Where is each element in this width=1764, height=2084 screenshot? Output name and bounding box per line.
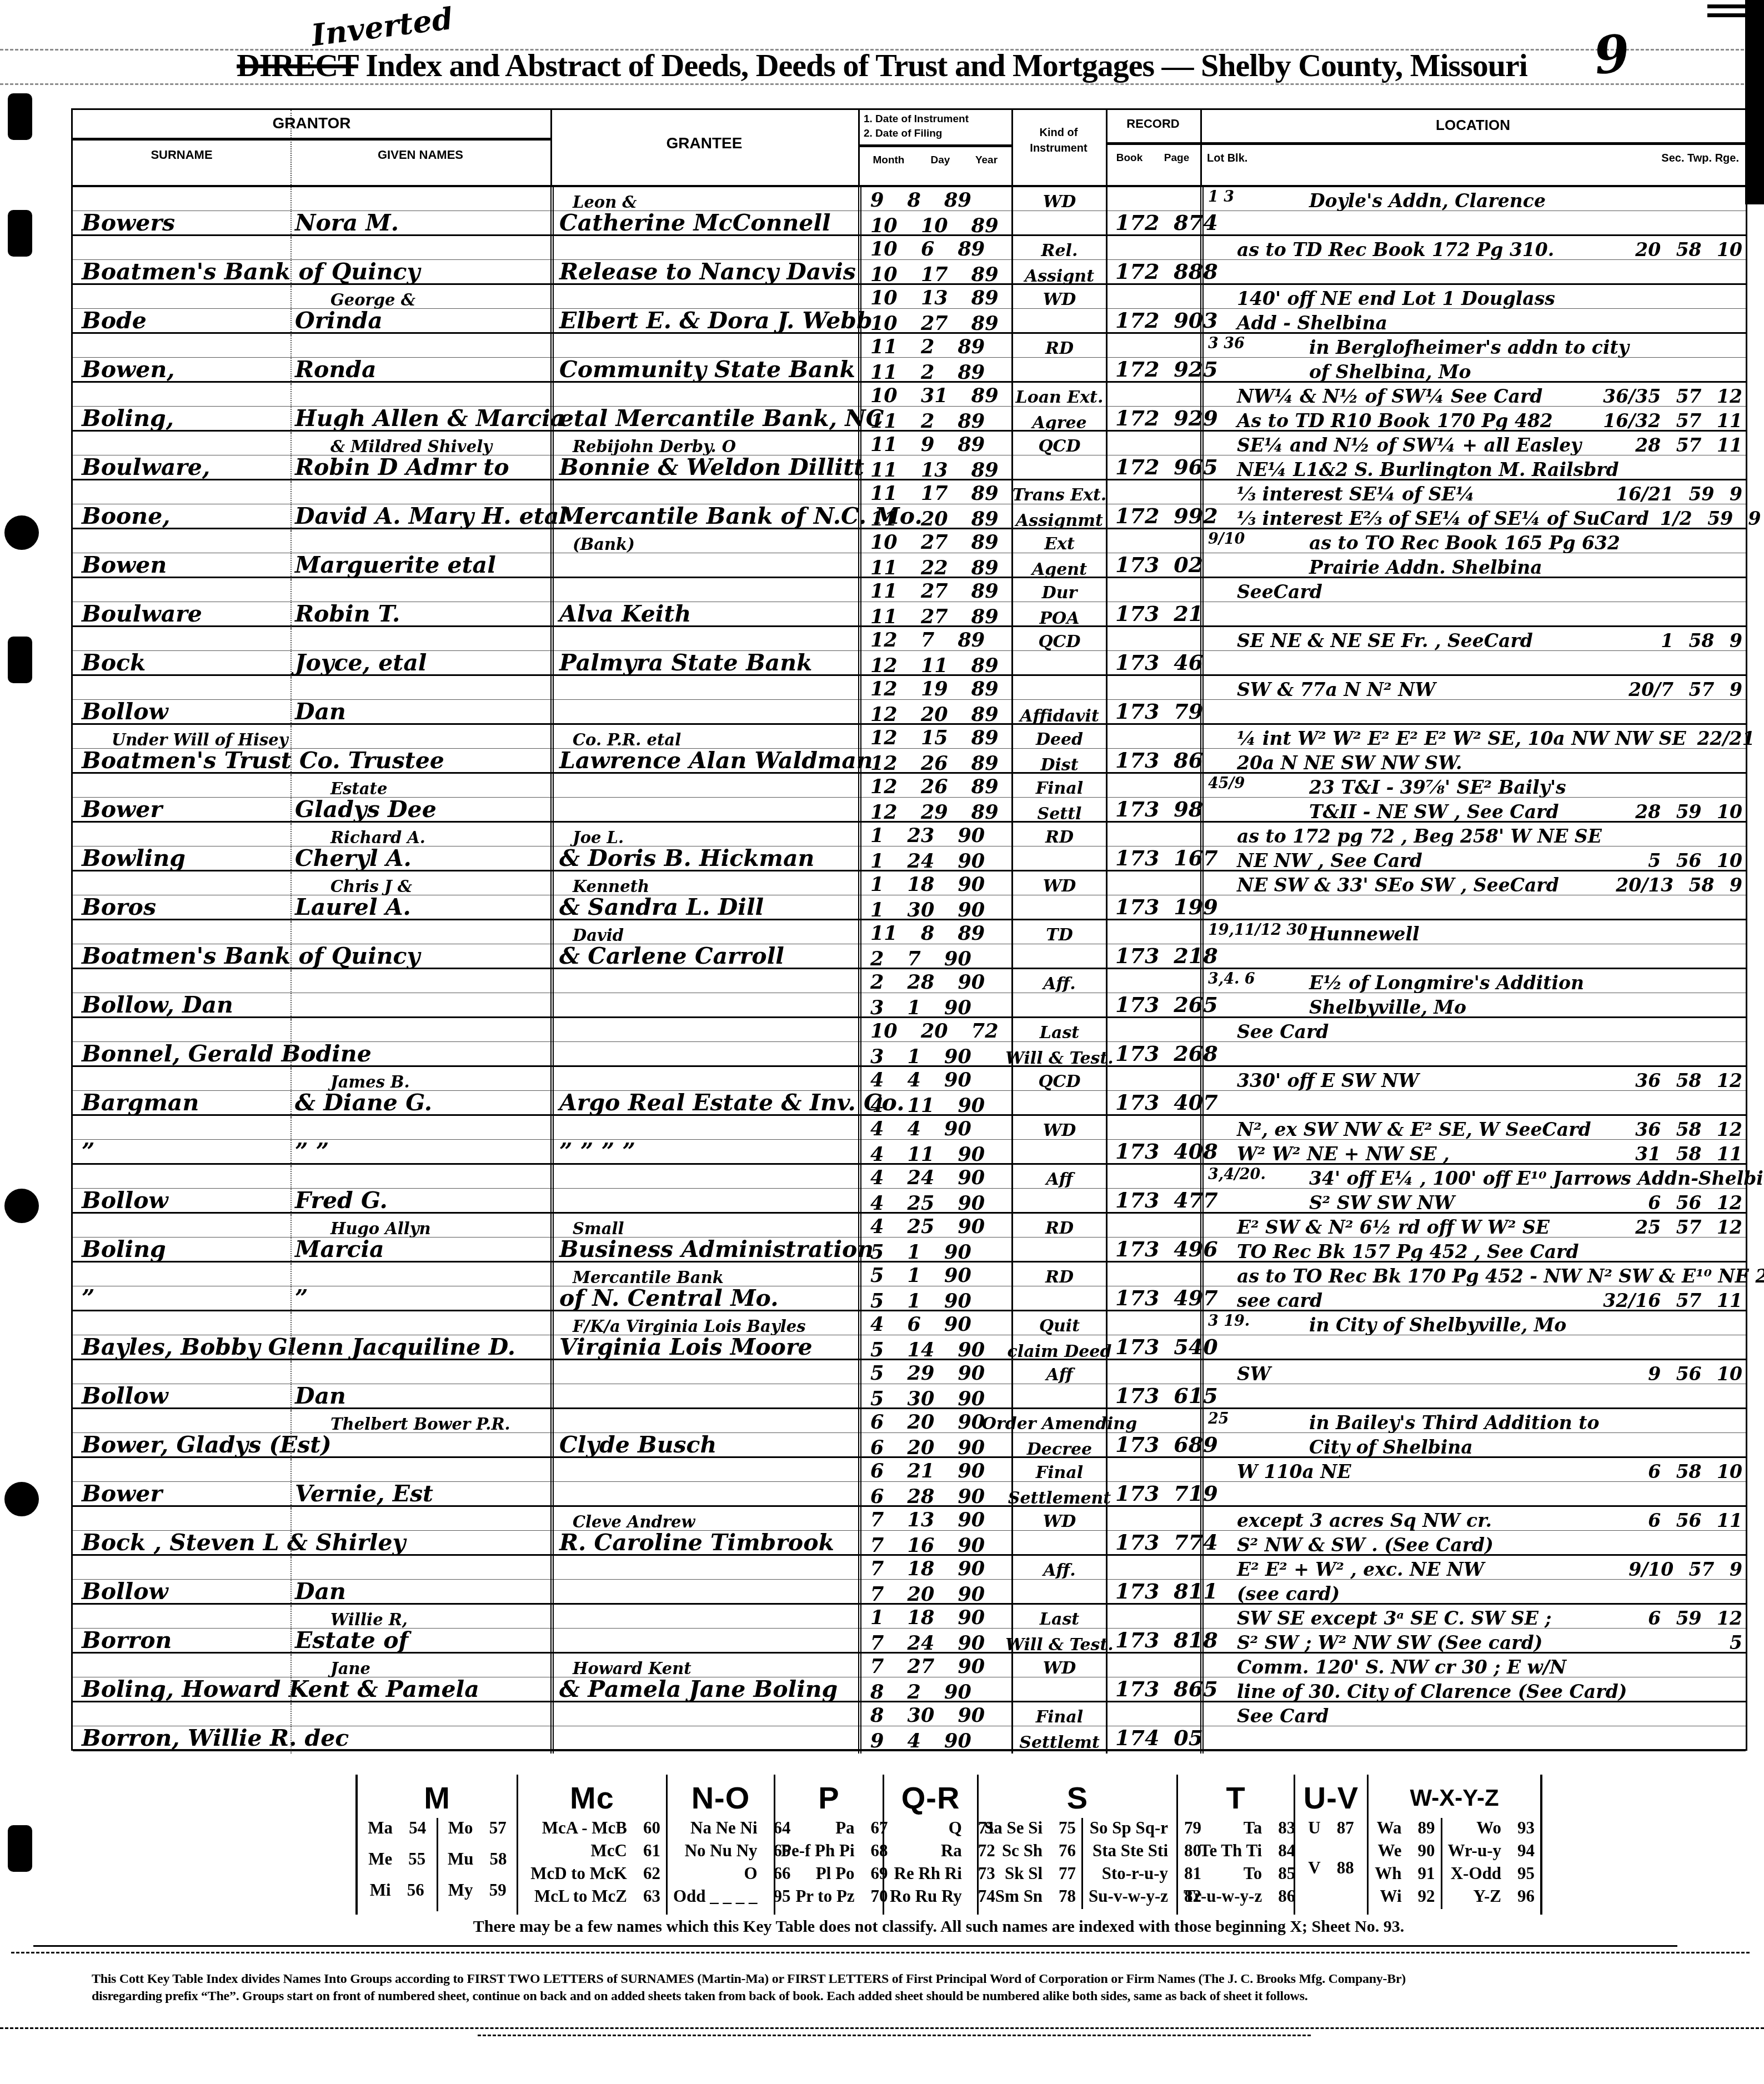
key-entry-sheet-number: 57 <box>482 1818 507 1838</box>
kind-of-instrument-cell: WD <box>1011 1507 1106 1558</box>
table-row: Bollow, Dan 2 28 90 3 1 90 Aff. 173 265 … <box>73 969 1746 1018</box>
kind-line-1: Rel. <box>1013 236 1106 262</box>
grantor-given-names: Dan <box>292 1385 550 1411</box>
date-of-instrument: 4 6 90 <box>861 1311 1011 1337</box>
grantee-cell: Kenneth & Sandra L. Dill <box>550 871 858 923</box>
key-entry-sheet-number: 95 <box>1510 1863 1535 1883</box>
record-book: 173 <box>1115 796 1159 821</box>
grantor-surname-cell: Borron <box>73 1605 290 1656</box>
grantor-given-names: Robin D Admr to <box>292 456 550 482</box>
kind-line-1: Aff <box>1013 1360 1106 1386</box>
table-row: Bonnel, Gerald Bodine 10 20 72 3 1 90 La… <box>73 1018 1746 1067</box>
key-entry-range: Ma <box>368 1818 393 1838</box>
location-cell: 3,4/20. 34' off E¼ , 100' off E¹⁰ Jarrow… <box>1200 1165 1746 1216</box>
grantee-name: Mercantile Bank of N.C. Mo. <box>554 505 858 531</box>
grantee-name <box>554 1189 858 1215</box>
grantee-name: & Doris B. Hickman <box>554 847 858 873</box>
location-line-2: As to TD R10 Book 170 Pg 482 <box>1237 410 1553 432</box>
date-of-filing: 4 11 90 <box>861 1141 1011 1167</box>
date-of-filing: 11 2 89 <box>861 359 1011 385</box>
grantor-extra-text <box>73 1018 290 1043</box>
kind-of-instrument-cell: RD <box>1011 1214 1106 1265</box>
kind-line-2 <box>1013 1093 1106 1118</box>
given-names-header: GIVEN NAMES <box>290 148 550 162</box>
location-line-1: W 110a NE <box>1237 1461 1351 1482</box>
grantor-surname-cell: Boling, <box>73 383 290 434</box>
dates-cell: 1 18 90 1 30 90 <box>858 871 1011 923</box>
date-of-filing: 11 27 89 <box>861 604 1011 629</box>
grantor-surname: Bayles, Bobby Glenn Jacquiline D. <box>73 1336 290 1362</box>
sec-twp-rge-1: 9 56 10 <box>1637 1363 1742 1385</box>
date-of-instrument: 4 4 90 <box>861 1116 1011 1141</box>
record-book: 173 <box>1115 1676 1159 1701</box>
location-cell: 45/9 23 T&I - 39⅞' SE² Baily's T&II - NE… <box>1200 774 1746 825</box>
record-book: 173 <box>1115 1334 1159 1359</box>
punch-hole-mark <box>4 1482 39 1516</box>
grantor-extra-text <box>73 285 290 309</box>
date-of-filing: 10 27 89 <box>861 310 1011 336</box>
grantor-given-names-cell: ” ” <box>290 1116 550 1167</box>
grantor-surname: Boling <box>73 1238 290 1264</box>
grantee-cell: Release to Nancy Davis <box>550 236 858 287</box>
kind-of-instrument-cell: Trans Ext. Assignmt <box>1011 480 1106 532</box>
key-entry-range: Tr-u-w-y-z <box>1184 1886 1262 1906</box>
grantor-given-names-cell <box>290 1507 550 1558</box>
dates-cell: 10 13 89 10 27 89 <box>858 285 1011 336</box>
grantor-given-extra <box>292 1458 550 1482</box>
kind-of-instrument-cell: WD <box>1011 871 1106 923</box>
grantor-given-names: Fred G. <box>292 1189 550 1215</box>
grantee-name <box>554 554 858 580</box>
grantee-cell <box>550 1165 858 1216</box>
grantor-surname-cell: Bollow <box>73 1165 290 1216</box>
date-of-instrument: 12 15 89 <box>861 725 1011 750</box>
dates-cell: 4 4 90 4 11 90 <box>858 1116 1011 1167</box>
grantor-surname: Bollow <box>73 1580 290 1606</box>
dates-cell: 7 13 90 7 16 90 <box>858 1507 1011 1558</box>
record-book: 173 <box>1115 1383 1159 1408</box>
location-cell: SE NE & NE SE Fr. , SeeCard 1 58 9 <box>1200 627 1746 678</box>
surname-header: SURNAME <box>73 148 290 162</box>
location-cell: 3 19. in City of Shelbyville, Mo <box>1200 1311 1746 1362</box>
location-cell: 25 in Bailey's Third Addition to City of… <box>1200 1409 1746 1460</box>
kind-of-instrument-cell: Final Settlement <box>1011 1458 1106 1509</box>
dates-cell: 5 1 90 5 1 90 <box>858 1263 1011 1314</box>
key-entry-range: McA - McB <box>542 1818 627 1838</box>
grantor-given-names-cell: Dan <box>290 676 550 727</box>
kind-line-2: Settl <box>1013 799 1106 825</box>
kind-of-instrument-cell: WD <box>1011 187 1106 238</box>
grantee-extra-text: Small <box>554 1214 858 1238</box>
location-cell: N², ex SW NW & E² SE, W SeeCard 36 58 12… <box>1200 1116 1746 1167</box>
grantee-name <box>554 1629 858 1655</box>
grantor-given-names: Robin T. <box>292 603 550 629</box>
grantor-surname: Bargman <box>73 1091 290 1118</box>
grantor-surname: Bock , Steven L & Shirley <box>73 1531 290 1557</box>
date-of-instrument: 10 13 89 <box>861 285 1011 310</box>
date-of-instrument: 1 18 90 <box>861 1605 1011 1630</box>
grantee-cell: David & Carlene Carroll <box>550 920 858 971</box>
key-entry-range: Me <box>368 1849 392 1869</box>
grantor-extra-text <box>73 627 290 652</box>
sec-twp-rge-2: 5 56 10 <box>1637 850 1742 871</box>
kind-line-2 <box>1013 310 1106 336</box>
record-cell: 173 218 <box>1106 920 1200 971</box>
grantor-extra-text <box>73 1263 290 1287</box>
grantee-extra-text: Kenneth <box>554 871 858 896</box>
record-cell: 173 540 <box>1106 1311 1200 1362</box>
kind-of-instrument-cell: WD <box>1011 285 1106 336</box>
grantor-given-names-cell: Dan <box>290 1556 550 1607</box>
grantee-extra-text <box>554 383 858 407</box>
grantor-given-names-cell: Fred G. <box>290 1165 550 1216</box>
key-entry-range: Wo <box>1476 1818 1501 1838</box>
grantor-given-names-cell <box>290 1702 550 1754</box>
location-cell: See Card <box>1200 1018 1746 1069</box>
grantor-surname-cell: Boone, <box>73 480 290 532</box>
grantor-surname: Bowers <box>73 212 290 238</box>
grantor-given-extra <box>292 969 550 994</box>
kind-line-1: Deed <box>1013 725 1106 750</box>
grantor-given-names: Cheryl A. <box>292 847 550 873</box>
date-of-instrument: 2 28 90 <box>861 969 1011 995</box>
punch-hole-mark <box>8 93 32 140</box>
key-entry: Mu58 <box>438 1849 517 1880</box>
kind-line-2: claim Deed <box>1013 1337 1106 1362</box>
table-row: Boros Chris J & Laurel A. Kenneth & Sand… <box>73 871 1746 920</box>
record-page: 98 <box>1174 796 1203 821</box>
grantor-surname: Bollow <box>73 700 290 727</box>
record-cell: 172 925 <box>1106 334 1200 385</box>
grantee-extra-text: Joe L. <box>554 823 858 847</box>
key-entry-range: Wi <box>1380 1886 1402 1906</box>
date-of-filing: 3 1 90 <box>861 995 1011 1020</box>
location-line-1: 140' off NE end Lot 1 Douglass <box>1237 288 1555 309</box>
kind-line-2: Will & Test. <box>1013 1630 1106 1656</box>
record-book: 172 <box>1115 503 1159 528</box>
location-line-2: NE NW , See Card <box>1237 850 1422 871</box>
record-book: 172 <box>1115 357 1159 382</box>
key-entry-sheet-number: 78 <box>1051 1886 1076 1906</box>
lot-blk-value: 25 <box>1208 1410 1229 1427</box>
record-book: 174 <box>1115 1725 1159 1750</box>
key-entry: McA - McB60 <box>518 1818 666 1841</box>
location-line-1: as to TO Rec Book 165 Pg 632 <box>1309 532 1620 554</box>
table-row: Boulware, & Mildred Shively Robin D Admr… <box>73 432 1746 480</box>
location-line-1: in Berglofheimer's addn to city <box>1309 337 1629 358</box>
key-entry: V88 <box>1295 1858 1367 1898</box>
date-of-filing: 8 2 90 <box>861 1679 1011 1705</box>
grantor-surname-cell: Under Will of Hisey Boatmen's Trust Co. … <box>73 725 290 776</box>
grantee-extra-text <box>554 1165 858 1189</box>
key-entry: Ma54 <box>358 1818 437 1849</box>
record-page: 86 <box>1174 748 1203 773</box>
location-cell: SW 9 56 10 <box>1200 1360 1746 1411</box>
key-table-column: W-X-Y-ZWa89We90Wh91Wi92Wo93Wr-u-y94X-Odd… <box>1367 1775 1540 1915</box>
key-entry-range: Pa <box>835 1818 854 1838</box>
grantor-surname-cell: Boatmen's Bank of Quincy <box>73 920 290 971</box>
grantee-name <box>554 1482 858 1509</box>
grantor-surname-cell: Bowen, <box>73 334 290 385</box>
grantee-extra-text <box>554 1116 858 1140</box>
key-table-column: N-ONa Ne Ni64No Nu Ny65O66Odd _ _ _ _95 <box>666 1775 774 1915</box>
grantee-cell <box>550 1458 858 1509</box>
location-line-1: in Bailey's Third Addition to <box>1309 1412 1600 1434</box>
grantor-given-names-cell: Robin T. <box>290 578 550 629</box>
sec-twp-rge-1: 6 59 12 <box>1637 1607 1742 1629</box>
record-book: 173 <box>1115 1530 1159 1555</box>
location-cell: 3 36 in Berglofheimer's addn to city of … <box>1200 334 1746 385</box>
key-entry: U87 <box>1295 1818 1367 1858</box>
scan-edge-artifact <box>1707 13 1748 17</box>
record-cell: 173 615 <box>1106 1360 1200 1411</box>
grantor-given-extra: & Mildred Shively <box>292 432 550 456</box>
sec-twp-rge-1: 20/7 57 9 <box>1617 679 1742 700</box>
grantor-given-names: & Diane G. <box>292 1091 550 1118</box>
kind-line-1: Aff <box>1013 1165 1106 1190</box>
record-cell: 173 02 <box>1106 529 1200 580</box>
location-line-2: of Shelbina, Mo <box>1309 361 1471 383</box>
grantor-surname-cell: ” <box>73 1116 290 1167</box>
key-entry: Tr-u-w-y-z86 <box>1178 1886 1301 1909</box>
grantee-extra-text: Co. P.R. etal <box>554 725 858 749</box>
date-of-instrument: 10 6 89 <box>861 236 1011 262</box>
kind-of-instrument-cell: QCD <box>1011 1067 1106 1118</box>
table-row: Bower Estate Gladys Dee 12 26 89 12 29 8… <box>73 774 1746 823</box>
grantee-name: Argo Real Estate & Inv. Co. <box>554 1091 858 1118</box>
record-book: 173 <box>1115 1188 1159 1213</box>
grantor-surname: Boling, Howard Kent & Pamela <box>73 1678 290 1704</box>
table-row: Bargman James B. & Diane G. Argo Real Es… <box>73 1067 1746 1116</box>
location-line-1: NE SW & 33' SEo SW , SeeCard <box>1237 874 1559 896</box>
table-row: Boone, David A. Mary H. etal Mercantile … <box>73 480 1746 529</box>
grantor-given-names: Ronda <box>292 358 550 384</box>
grantor-extra-text: Under Will of Hisey <box>73 725 290 749</box>
grantee-name <box>554 798 858 824</box>
location-cell: NE SW & 33' SEo SW , SeeCard 20/13 58 9 <box>1200 871 1746 923</box>
key-column-header: S <box>979 1775 1176 1818</box>
grantee-extra-text <box>554 578 858 603</box>
sec-twp-rge-1: 6 58 10 <box>1637 1461 1742 1482</box>
separator-line <box>33 1945 1677 1947</box>
kind-line-2 <box>1013 946 1106 971</box>
kind-line-1: WD <box>1013 1507 1106 1532</box>
grantee-extra-text <box>554 627 858 652</box>
location-line-1: ⅓ interest SE¼ of SE¼ <box>1237 483 1475 505</box>
sec-twp-rge-1: 9/10 57 9 <box>1617 1559 1742 1580</box>
kind-line-1: Order Amending <box>1013 1409 1106 1435</box>
location-line-1: N², ex SW NW & E² SE, W SeeCard <box>1237 1119 1591 1140</box>
grantor-extra-text <box>73 871 290 896</box>
table-row: Boulware Robin T. Alva Keith 11 27 89 11… <box>73 578 1746 627</box>
sec-twp-rge-1: 36 58 12 <box>1624 1119 1742 1140</box>
grantor-surname: Bower <box>73 1482 290 1509</box>
kind-line-1: RD <box>1013 1214 1106 1239</box>
grantor-surname: Bower, Gladys (Est) <box>73 1434 290 1460</box>
grantor-extra-text <box>73 334 290 358</box>
grantee-cell: Palmyra State Bank <box>550 627 858 678</box>
grantor-given-names-cell: Thelbert Bower P.R. <box>290 1409 550 1460</box>
grantee-cell: Mercantile Bank of N.C. Mo. <box>550 480 858 532</box>
location-cell: 9/10 as to TO Rec Book 165 Pg 632 Prairi… <box>1200 529 1746 580</box>
grantee-name: ” ” ” ” <box>554 1140 858 1166</box>
record-book: 173 <box>1115 1481 1159 1506</box>
grantor-given-names-cell: Estate Gladys Dee <box>290 774 550 825</box>
key-entry-range: McL to McZ <box>534 1886 627 1906</box>
grantor-given-extra <box>292 578 550 603</box>
kind-line-2 <box>1013 1679 1106 1705</box>
location-cell: 1 3 Doyle's Addn, Clarence <box>1200 187 1746 238</box>
key-entry-sheet-number: 86 <box>1271 1886 1295 1906</box>
kind-line-1: Final <box>1013 1702 1106 1728</box>
table-row: Bowling Richard A. Cheryl A. Joe L. & Do… <box>73 823 1746 871</box>
grantor-surname: Borron <box>73 1629 290 1655</box>
kind-line-1: WD <box>1013 1116 1106 1141</box>
key-entry-range: Pl Po <box>816 1863 855 1883</box>
kind-of-instrument-cell: RD <box>1011 1263 1106 1314</box>
record-page: 02 <box>1174 552 1203 577</box>
grantor-given-names: Gladys Dee <box>292 798 550 824</box>
date-of-filing: 10 10 89 <box>861 213 1011 238</box>
key-entry-range: McD to McK <box>530 1863 627 1883</box>
kind-line-1: WD <box>1013 1654 1106 1679</box>
dates-cell: 7 18 90 7 20 90 <box>858 1556 1011 1607</box>
location-line-1: 23 T&I - 39⅞' SE² Baily's <box>1309 777 1566 798</box>
record-cell: 172 874 <box>1106 187 1200 238</box>
grantor-surname: Bollow, Dan <box>73 994 290 1020</box>
key-entry: Pe-f Ph Pi68 <box>775 1841 894 1863</box>
kind-of-instrument-cell: Ext Agent <box>1011 529 1106 580</box>
location-line-2: line of 30. City of Clarence (See Card) <box>1237 1681 1627 1702</box>
grantee-name: R. Caroline Timbrook <box>554 1531 858 1557</box>
date-of-filing: 6 20 90 <box>861 1435 1011 1460</box>
grantor-given-names-cell: Ronda <box>290 334 550 385</box>
sec-twp-rge-2: 28 59 10 <box>1624 801 1742 823</box>
table-row: Bollow Dan 7 18 90 7 20 90 Aff. 173 811 … <box>73 1556 1746 1605</box>
grantee-name <box>554 994 858 1020</box>
grantee-name: & Carlene Carroll <box>554 945 858 971</box>
key-table: MMa54Me55Mi56Mo57Mu58My59McMcA - McB60Mc… <box>355 1775 1542 1915</box>
location-line-2: (see card) <box>1237 1583 1340 1605</box>
location-line-1: Doyle's Addn, Clarence <box>1309 190 1546 212</box>
key-table-column: McMcA - McB60McC61McD to McK62McL to McZ… <box>517 1775 666 1915</box>
date-of-filing: 4 25 90 <box>861 1190 1011 1216</box>
dates-cell: 8 30 90 9 4 90 <box>858 1702 1011 1754</box>
table-row: Bayles, Bobby Glenn Jacquiline D. F/K/a … <box>73 1311 1746 1360</box>
key-table-note: There may be a few names which this Key … <box>300 1917 1577 1936</box>
kind-line-1: Last <box>1013 1605 1106 1630</box>
key-entry-range: Odd _ _ _ _ <box>673 1886 758 1906</box>
date-of-instrument: 4 24 90 <box>861 1165 1011 1190</box>
record-header: RECORD <box>1106 117 1200 131</box>
date-of-filing: 12 20 89 <box>861 702 1011 727</box>
grantor-extra-text <box>73 432 290 456</box>
grantee-cell <box>550 774 858 825</box>
grantor-given-names <box>292 260 550 287</box>
record-book: 173 <box>1115 1041 1159 1066</box>
record-cell: 173 497 <box>1106 1263 1200 1314</box>
key-entry-range: Mi <box>370 1880 391 1900</box>
sec-twp-rge-1: 36/35 57 12 <box>1592 385 1742 407</box>
table-row: Boling, Howard Kent & Pamela Jane Howard… <box>73 1654 1746 1702</box>
date-of-filing: 1 24 90 <box>861 848 1011 874</box>
location-line-1: Comm. 120' S. NW cr 30 ; E w/N <box>1237 1656 1566 1678</box>
location-line-1: See Card <box>1237 1705 1329 1727</box>
record-book: 172 <box>1115 259 1159 284</box>
location-line-2: NE¼ L1&2 S. Burlington M. Railsbrd <box>1237 459 1619 480</box>
grantor-surname: ” <box>73 1287 290 1313</box>
record-book: 173 <box>1115 894 1159 919</box>
kind-line-2 <box>1013 897 1106 923</box>
table-row: Bollow Fred G. 4 24 90 4 25 90 Aff 173 4… <box>73 1165 1746 1214</box>
grantor-extra-text <box>73 1458 290 1482</box>
location-cell: See Card <box>1200 1702 1746 1754</box>
key-entry-sheet-number: 84 <box>1271 1841 1295 1861</box>
record-cell: 173 265 <box>1106 969 1200 1020</box>
grantee-extra-text <box>554 1360 858 1385</box>
grantor-extra-text <box>73 1556 290 1580</box>
grantor-given-names <box>292 1043 550 1069</box>
grantee-extra-text <box>554 1605 858 1629</box>
grantor-extra-text <box>73 1702 290 1727</box>
dates-cell: 1 18 90 7 24 90 <box>858 1605 1011 1656</box>
grantor-extra-text <box>73 236 290 260</box>
dates-cell: 11 2 89 11 2 89 <box>858 334 1011 385</box>
date-of-filing: 12 11 89 <box>861 653 1011 678</box>
kind-of-instrument-cell: Dur POA <box>1011 578 1106 629</box>
kind-of-instrument-cell: Order Amending Decree <box>1011 1409 1106 1460</box>
grantor-given-extra: Willie R, <box>292 1605 550 1629</box>
grantor-surname: ” <box>73 1140 290 1166</box>
grantee-name: etal Mercantile Bank, NC <box>554 407 858 433</box>
separator-line <box>478 2035 1311 2036</box>
table-row: Bower, Gladys (Est) Thelbert Bower P.R. … <box>73 1409 1746 1458</box>
table-row: Bode George & Orinda Elbert E. & Dora J.… <box>73 285 1746 334</box>
key-entry-range: To <box>1244 1863 1262 1883</box>
kind-of-instrument-cell: QCD <box>1011 432 1106 483</box>
grantor-surname: Borron, Willie R. dec <box>73 1727 290 1753</box>
date-of-instrument: 6 21 90 <box>861 1458 1011 1484</box>
grantor-given-extra <box>292 1165 550 1189</box>
key-entry-range: Te Th Ti <box>1200 1841 1262 1861</box>
grantee-cell: (Bank) <box>550 529 858 580</box>
grantor-surname-cell: Boatmen's Bank of Quincy <box>73 236 290 287</box>
record-book: 173 <box>1115 845 1159 870</box>
key-entry-sheet-number: 77 <box>1051 1863 1076 1883</box>
kind-line-2: Settlemt <box>1013 1728 1106 1754</box>
key-entry-range: McC <box>591 1841 627 1861</box>
grantee-cell: F/K/a Virginia Lois Bayles Virginia Lois… <box>550 1311 858 1362</box>
kind-line-2: Decree <box>1013 1435 1106 1460</box>
grantor-given-names-cell: James B. & Diane G. <box>290 1067 550 1118</box>
table-row: Bowen Marguerite etal (Bank) 10 27 89 11… <box>73 529 1746 578</box>
key-entry-sheet-number: 56 <box>400 1880 424 1900</box>
grantor-extra-text <box>73 578 290 603</box>
grantor-surname: Bowling <box>73 847 290 873</box>
location-line-1: SeeCard <box>1237 581 1322 603</box>
kind-of-instrument-cell: Final Settl <box>1011 774 1106 825</box>
key-table-column: SSa Se Si75Sc Sh76Sk Sl77Sm Sn78So Sp Sq… <box>977 1775 1176 1915</box>
dates-cell: 12 19 89 12 20 89 <box>858 676 1011 727</box>
grantee-extra-text: (Bank) <box>554 529 858 554</box>
location-line-2: W² W² NE + NW SE , <box>1237 1143 1450 1165</box>
grantor-given-names <box>292 749 550 775</box>
date-of-instrument: 1 18 90 <box>861 871 1011 897</box>
kind-line-2: POA <box>1013 604 1106 629</box>
key-entry-range: Wr-u-y <box>1448 1841 1501 1861</box>
location-line-1: Hunnewell <box>1309 923 1420 945</box>
date-of-instrument: 5 1 90 <box>861 1263 1011 1288</box>
